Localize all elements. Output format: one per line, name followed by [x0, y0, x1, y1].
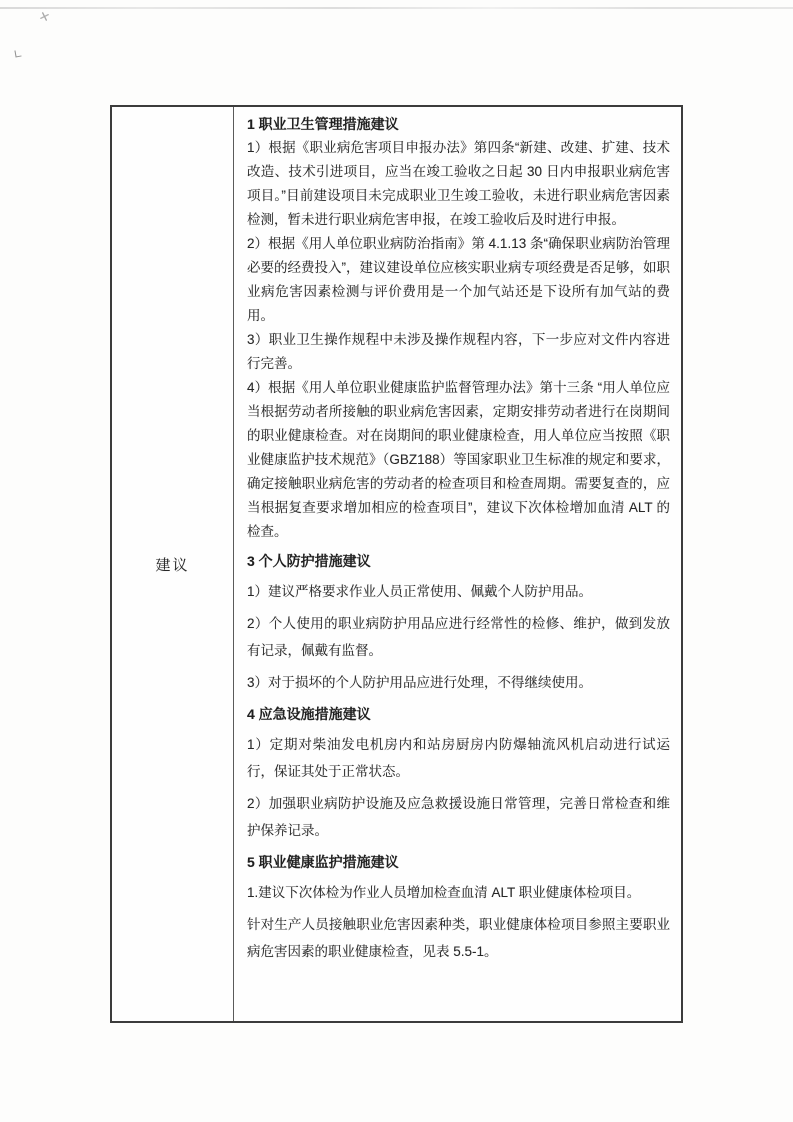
scan-edge-line-artifact — [0, 7, 793, 9]
paragraph: 4）根据《用人单位职业健康监护监督管理办法》第十三条 “用人单位应当根据劳动者所… — [247, 376, 670, 544]
paragraph: 2）加强职业病防护设施及应急救援设施日常管理，完善日常检查和维护保养记录。 — [247, 790, 670, 844]
paragraph: 针对生产人员接触职业危害因素种类，职业健康体检项目参照主要职业病危害因素的职业健… — [247, 911, 670, 965]
scan-speck-artifact — [40, 12, 49, 21]
paragraph: 1）定期对柴油发电机房内和站房厨房内防爆轴流风机启动进行试运行，保证其处于正常状… — [247, 731, 670, 785]
paragraph: 1）建议严格要求作业人员正常使用、佩戴个人防护用品。 — [247, 578, 670, 605]
section-health-surveillance: 5 职业健康监护措施建议 1.建议下次体检为作业人员增加检查血清 ALT 职业健… — [247, 849, 670, 965]
section-emergency-facilities: 4 应急设施措施建议 1）定期对柴油发电机房内和站房厨房内防爆轴流风机启动进行试… — [247, 701, 670, 844]
section-heading: 5 职业健康监护措施建议 — [247, 849, 670, 876]
section-occupational-hygiene-management: 1 职业卫生管理措施建议 1）根据《职业病危害项目申报办法》第四条“新建、改建、… — [247, 112, 670, 544]
paragraph: 2）根据《用人单位职业病防治指南》第 4.1.13 条“确保职业病防治管理必要的… — [247, 232, 670, 328]
paragraph: 3）对于损坏的个人防护用品应进行处理，不得继续使用。 — [247, 669, 670, 696]
table-cell-row-label: 建议 — [112, 107, 234, 1021]
row-label-text: 建议 — [155, 554, 189, 575]
scan-speck-artifact — [14, 50, 21, 58]
paragraph: 1.建议下次体检为作业人员增加检查血清 ALT 职业健康体检项目。 — [247, 879, 670, 906]
scanned-document-page: 建议 1 职业卫生管理措施建议 1）根据《职业病危害项目申报办法》第四条“新建、… — [0, 0, 793, 1122]
section-heading: 3 个人防护措施建议 — [247, 548, 670, 575]
section-heading: 4 应急设施措施建议 — [247, 701, 670, 728]
paragraph: 2）个人使用的职业病防护用品应进行经常性的检修、维护，做到发放有记录，佩戴有监督… — [247, 610, 670, 664]
table-cell-recommendations: 1 职业卫生管理措施建议 1）根据《职业病危害项目申报办法》第四条“新建、改建、… — [234, 107, 681, 1021]
section-personal-protection: 3 个人防护措施建议 1）建议严格要求作业人员正常使用、佩戴个人防护用品。 2）… — [247, 548, 670, 696]
paragraph: 3）职业卫生操作规程中未涉及操作规程内容，下一步应对文件内容进行完善。 — [247, 328, 670, 376]
paragraph: 1）根据《职业病危害项目申报办法》第四条“新建、改建、扩建、技术改造、技术引进项… — [247, 136, 670, 232]
recommendations-table: 建议 1 职业卫生管理措施建议 1）根据《职业病危害项目申报办法》第四条“新建、… — [110, 105, 683, 1023]
section-heading: 1 职业卫生管理措施建议 — [247, 112, 670, 136]
